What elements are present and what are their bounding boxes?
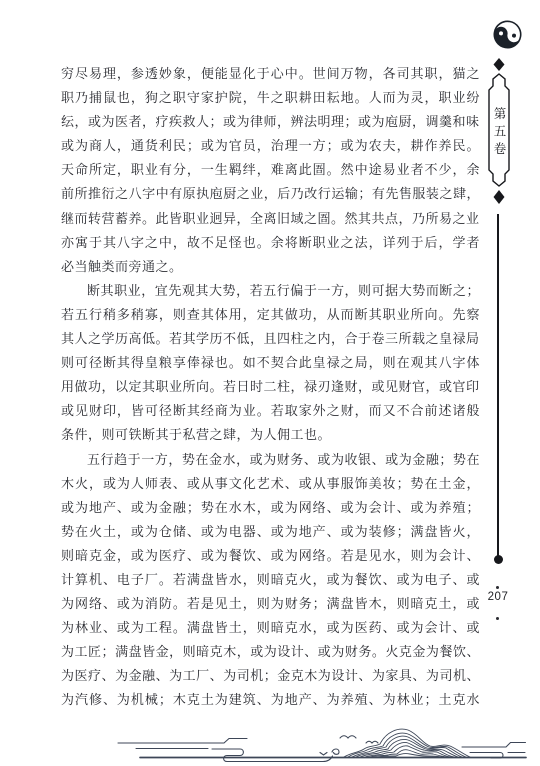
text-line: 前所推衍之八字中有原执庖厨之业，后乃改行运输；有先售服装之肆， — [61, 182, 480, 206]
cloud-right-upper — [462, 743, 526, 748]
text-line: 职乃捕鼠也，狗之职守家护院，牛之职耕田耘地。人而为灵，职业纷 — [61, 86, 480, 110]
text-line: 则可径断其得皇粮享俸禄也。如不契合此皇禄之局，则在观其八字体 — [61, 351, 480, 375]
text-line: 则暗克金，或为医疗、或为餐饮、或为网络。若是见水，则为会计、 — [61, 544, 480, 568]
page-number-dot-top — [496, 586, 499, 589]
text-line: 断其职业，宜先观其大势，若五行偏于一方，则可据大势而断之； — [61, 279, 480, 303]
text-line: 必当触类而旁通之。 — [61, 255, 480, 279]
bird-small-icon — [320, 753, 327, 756]
side-rule — [497, 214, 499, 558]
text-line: 或为商人，通货利民；或为官员，治理一方；或为农夫，耕作养民。 — [61, 134, 480, 158]
bird-left-icon — [340, 736, 356, 738]
text-line: 势在火土，或为仓储、或为电器、或为地产、或为装修；满盘皆火， — [61, 520, 480, 544]
text-line: 五行趋于一方，势在金水，或为财务、或为收银、或为金融；势在 — [61, 448, 480, 472]
text-line: 继而转营蓄养。此皆职业迥异，全离旧域之圄。然其共点，乃所易之业， — [61, 207, 480, 231]
mountain-contours — [344, 729, 470, 757]
bird-right-icon — [366, 741, 378, 743]
text-line: 计算机、电子厂。若满盘皆水，则暗克火，或为餐饮、或为电子、或 — [61, 568, 480, 592]
text-line: 天命所定，职业有分，一生羁绊，难离此圄。然中途易业者不少，余 — [61, 158, 480, 182]
side-rule-dot — [494, 555, 503, 564]
cloud-left-upper — [118, 739, 247, 744]
yin-yang-icon — [492, 19, 523, 55]
cloud-middle-curl — [332, 749, 339, 754]
text-line: 穷尽易理，参透妙象，便能显化于心中。世间万物，各司其职，猫之 — [61, 62, 480, 86]
volume-label: 第五卷 — [484, 96, 514, 170]
text-line: 为医疗、为金融、为工厂、为司机；金克木为设计、为家具、为司机、 — [61, 664, 480, 688]
cartouche-bottom-diamond — [494, 190, 505, 204]
text-line: 为林业、或为工程。满盘皆土，则暗克水，或为医药、或为会计、或 — [61, 616, 480, 640]
page-number: 207 — [478, 591, 518, 603]
text-line: 为网络、或为消防。若是见土，则为财务；满盘皆木，则暗克土，或 — [61, 592, 480, 616]
cloud-middle-meander — [212, 749, 333, 762]
text-line: 亦寓于其八字之中，故不足怪也。余将断职业之法，详列于后，学者 — [61, 231, 480, 255]
text-line: 纭，或为医者，疗疾救人；或为律师，辨法明理；或为庖厨，调羹和味； — [61, 110, 480, 134]
body-text: 穷尽易理，参透妙象，便能显化于心中。世间万物，各司其职，猫之职乃捕鼠也，狗之职守… — [61, 62, 480, 713]
page-number-dot-bottom — [496, 617, 499, 620]
text-line: 其人之学历高低。若其学历不低，且四柱之内，合于卷三所载之皇禄局， — [61, 327, 480, 351]
text-line: 或见财印，皆可径断其经商为业。若取家外之财，而又不合前述诸般 — [61, 399, 480, 423]
text-line: 或为地产、或为金融；势在水木，或为网络、或为会计、或为养殖； — [61, 496, 480, 520]
text-line: 用做功，以定其职业所向。若日时二柱，禄刃逢财，或见财官，或官印， — [61, 375, 480, 399]
footer-artwork — [0, 700, 540, 766]
book-page: 穷尽易理，参透妙象，便能显化于心中。世间万物，各司其职，猫之职乃捕鼠也，狗之职守… — [0, 0, 540, 766]
text-line: 条件，则可铁断其于私营之肆，为人佣工也。 — [61, 423, 480, 447]
text-line: 若五行稍多稍寡，则查其体用，定其做功，从而断其职业所向。先察 — [61, 303, 480, 327]
text-line: 木火，或为人师表、或从事文化艺术、或从事服饰美妆；势在土金， — [61, 472, 480, 496]
cartouche-top-diamond — [494, 58, 505, 71]
text-line: 为工匠；满盘皆金，则暗克木，或为设计、或为财务。火克金为餐饮、 — [61, 640, 480, 664]
